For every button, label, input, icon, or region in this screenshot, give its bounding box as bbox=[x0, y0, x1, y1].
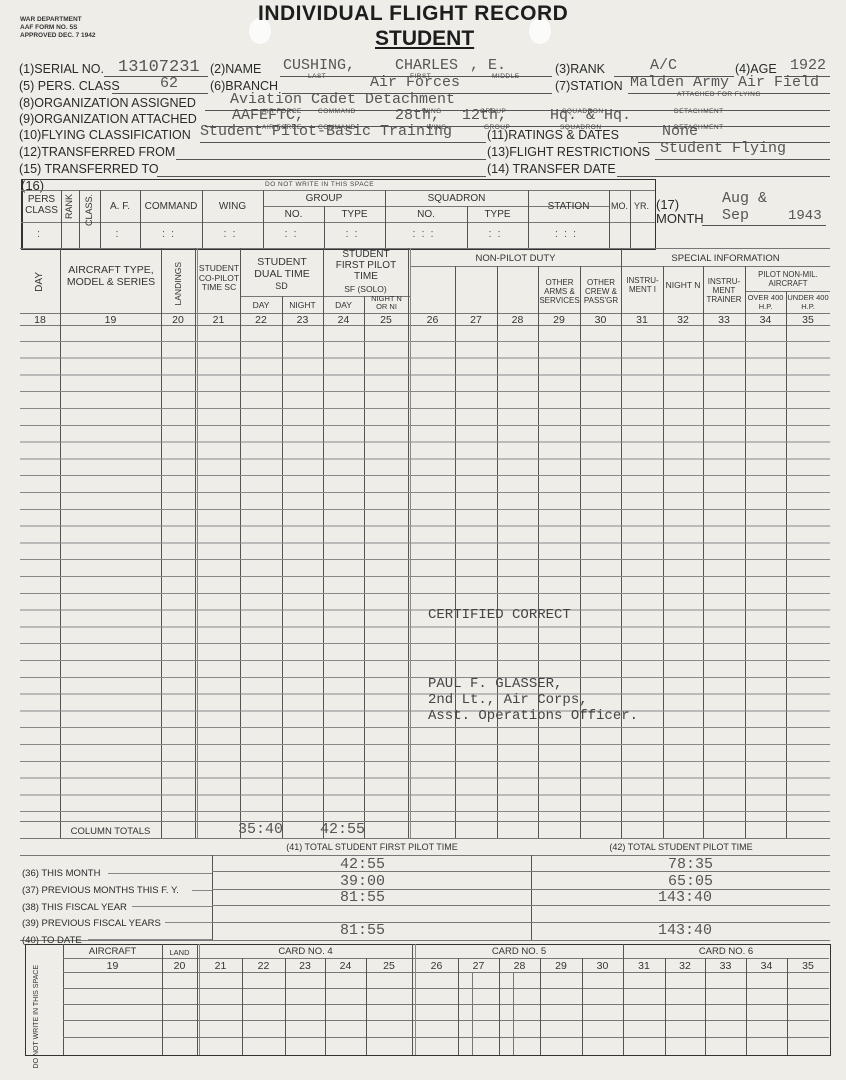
col-squadron: SQUADRON bbox=[385, 193, 528, 204]
cards-land: LAND bbox=[162, 947, 197, 958]
card-col-num: 19 bbox=[63, 960, 162, 972]
hdr-non-pilot: NON-PILOT DUTY bbox=[410, 253, 621, 264]
station-value: Malden Army Air Field bbox=[630, 74, 819, 91]
month-value-2: Sep bbox=[722, 207, 749, 224]
hdr-non-mil: PILOT NON-MIL. AIRCRAFT bbox=[746, 270, 830, 288]
hdr-night: NIGHT N bbox=[663, 280, 703, 290]
fp-to-date: 81:55 bbox=[340, 922, 385, 939]
hdr-solo-night: NIGHT N OR NI bbox=[365, 295, 408, 311]
org-assigned-value: Aviation Cadet Detachment bbox=[230, 91, 455, 108]
flying-class-value: Student Pilot-Basic Training bbox=[200, 123, 452, 140]
fp-prev-months: 39:00 bbox=[340, 873, 385, 890]
card-col-num: 22 bbox=[242, 960, 285, 972]
restrictions-label: (13)FLIGHT RESTRICTIONS bbox=[487, 145, 650, 159]
tp-to-date: 143:40 bbox=[658, 922, 712, 939]
col-command: COMMAND bbox=[140, 201, 202, 212]
sub-detachment: DETACHMENT bbox=[674, 108, 724, 115]
hdr-aircraft: AIRCRAFT TYPE, MODEL & SERIES bbox=[66, 264, 156, 288]
org-assigned-label: (8)ORGANIZATION ASSIGNED bbox=[19, 96, 196, 110]
col-group: GROUP bbox=[263, 193, 385, 204]
ratings-label: (11)RATINGS & DATES bbox=[487, 128, 619, 142]
restrictions-value: Student Flying bbox=[660, 140, 786, 157]
card-no-6: CARD NO. 6 bbox=[623, 946, 829, 957]
certifier-rank: 2nd Lt., Air Corps, bbox=[428, 692, 588, 708]
summary-label: (36) THIS MONTH bbox=[22, 868, 100, 879]
transfer-date-label: (14) TRANSFER DATE bbox=[487, 162, 616, 176]
month-year: 1943 bbox=[788, 208, 822, 224]
column-totals-label: COLUMN TOTALS bbox=[60, 826, 161, 837]
tp-this-fy: 143:40 bbox=[658, 889, 712, 906]
box16-notice: DO NOT WRITE IN THIS SPACE bbox=[265, 181, 374, 188]
hdr-over400: OVER 400 H.P. bbox=[745, 293, 786, 311]
card-col-num: 30 bbox=[582, 960, 623, 972]
card-col-num: 21 bbox=[199, 960, 242, 972]
serial-label: (1)SERIAL NO. bbox=[19, 62, 104, 76]
col-class: CLASS. bbox=[84, 194, 94, 226]
name-sub-middle: MIDDLE bbox=[492, 73, 520, 80]
tp-prev-months: 65:05 bbox=[668, 873, 713, 890]
transferred-from-label: (12)TRANSFERRED FROM bbox=[19, 145, 175, 159]
sub-command: COMMAND bbox=[318, 108, 356, 115]
fp-this-fy: 81:55 bbox=[340, 889, 385, 906]
code-dots: ::: bbox=[528, 228, 609, 240]
col-pers-class: PERS CLASS bbox=[22, 194, 61, 216]
card-col-num: 28 bbox=[499, 960, 540, 972]
hdr-under400: UNDER 400 H.P. bbox=[786, 293, 830, 311]
hdr-dual-sub: SD bbox=[240, 281, 323, 292]
certifier-name: PAUL F. GLASSER, bbox=[428, 676, 562, 692]
org-attached-wing: 28th, bbox=[395, 107, 440, 124]
card-col-num: 23 bbox=[285, 960, 325, 972]
transferred-to-label: (15) TRANSFERRED TO bbox=[19, 162, 159, 176]
hdr-instrument: INSTRU-MENT I bbox=[622, 276, 663, 294]
ratings-value: None bbox=[662, 123, 698, 140]
card-col-num: 31 bbox=[623, 960, 665, 972]
log-rows bbox=[20, 325, 830, 821]
code-dots: :: bbox=[263, 228, 324, 240]
serial-value: 13107231 bbox=[118, 58, 200, 77]
summary-row: (37) PREVIOUS MONTHS THIS F. Y. bbox=[22, 880, 179, 898]
code-dots: ::: bbox=[385, 228, 467, 240]
name-last: CUSHING, bbox=[283, 57, 355, 74]
code-dots: :: bbox=[140, 228, 202, 240]
card-col-num: 25 bbox=[366, 960, 412, 972]
card-col-num: 20 bbox=[162, 960, 197, 972]
station-sub-label: ATTACHED FOR FLYING bbox=[677, 91, 761, 98]
hdr-copilot: STUDENT CO-PILOT TIME SC bbox=[198, 264, 240, 293]
code-dots: :: bbox=[467, 228, 528, 240]
fp-this-month: 42:55 bbox=[340, 856, 385, 873]
hdr-special: SPECIAL INFORMATION bbox=[621, 253, 830, 264]
hdr-other-crew: OTHER CREW & PASS'GR bbox=[581, 278, 621, 305]
hdr-first-pilot: STUDENT FIRST PILOT TIME bbox=[328, 249, 404, 282]
org-attached-af: AAFEFTC, bbox=[232, 107, 304, 124]
certifier-title: Asst. Operations Officer. bbox=[428, 708, 638, 724]
name-sub-last: LAST bbox=[308, 73, 326, 80]
tp-this-month: 78:35 bbox=[668, 856, 713, 873]
cards-aircraft: AIRCRAFT bbox=[63, 946, 162, 957]
card-col-num: 29 bbox=[540, 960, 582, 972]
card-col-num: 24 bbox=[325, 960, 366, 972]
name-first: CHARLES bbox=[395, 57, 458, 74]
hdr-instr-trainer: INSTRU-MENT TRAINER bbox=[703, 277, 745, 304]
pers-class-label: (5) PERS. CLASS bbox=[19, 79, 120, 93]
card-no-4: CARD NO. 4 bbox=[199, 946, 412, 957]
name-middle: , E. bbox=[470, 57, 506, 74]
card-col-num: 35 bbox=[787, 960, 829, 972]
summary-label: (39) PREVIOUS FISCAL YEARS bbox=[22, 918, 161, 929]
col-squadron-no: NO. bbox=[385, 209, 467, 220]
pers-class-value: 62 bbox=[160, 75, 178, 92]
column-total-solo-day: 42:55 bbox=[320, 821, 365, 838]
month-value-1: Aug & bbox=[722, 190, 767, 207]
code-dots: :: bbox=[202, 228, 263, 240]
summary-41-title: (41) TOTAL STUDENT FIRST PILOT TIME bbox=[212, 842, 532, 853]
hdr-solo-day: DAY bbox=[323, 300, 364, 311]
hdr-landings: LANDINGS bbox=[173, 262, 183, 305]
col-station: STATION bbox=[528, 201, 609, 212]
column-total-dual-day: 35:40 bbox=[238, 821, 283, 838]
summary-42-title: (42) TOTAL STUDENT PILOT TIME bbox=[532, 842, 830, 853]
hdr-dual: STUDENT DUAL TIME bbox=[245, 256, 319, 280]
code-dots: : bbox=[22, 228, 61, 240]
col-af: A. F. bbox=[100, 201, 140, 212]
hdr-other-arms: OTHER ARMS & SERVICES bbox=[539, 278, 580, 305]
age-value: 1922 bbox=[790, 57, 826, 74]
col-wing: WING bbox=[202, 201, 263, 212]
hdr-day: DAY bbox=[34, 272, 45, 292]
cards-side-label: DO NOT WRITE IN THIS SPACE bbox=[32, 965, 54, 1068]
card-col-num: 27 bbox=[458, 960, 499, 972]
col-group-no: NO. bbox=[263, 209, 324, 220]
col-yr: YR. bbox=[630, 201, 653, 212]
page-title: INDIVIDUAL FLIGHT RECORD bbox=[258, 2, 568, 26]
rank-value: A/C bbox=[650, 57, 677, 74]
summary-label: (37) PREVIOUS MONTHS THIS F. Y. bbox=[22, 885, 179, 896]
card-col-num: 32 bbox=[665, 960, 705, 972]
code-dots: : bbox=[100, 228, 140, 240]
org-attached-label: (9)ORGANIZATION ATTACHED bbox=[19, 112, 197, 126]
card-col-num: 34 bbox=[746, 960, 787, 972]
flying-class-label: (10)FLYING CLASSIFICATION bbox=[19, 128, 191, 142]
org-attached-squadron: Hq. & Hq. bbox=[550, 107, 631, 124]
month-label-num: (17) bbox=[656, 197, 679, 212]
page-subtitle: STUDENT bbox=[375, 27, 474, 51]
card-col-num: 26 bbox=[415, 960, 458, 972]
summary-label: (38) THIS FISCAL YEAR bbox=[22, 902, 127, 913]
form-number: AAF FORM NO. 5S bbox=[20, 24, 96, 32]
form-header-block: WAR DEPARTMENT AAF FORM NO. 5S APPROVED … bbox=[20, 16, 96, 40]
station-label: (7)STATION bbox=[555, 79, 623, 93]
code-dots: :: bbox=[324, 228, 385, 240]
col-squadron-type: TYPE bbox=[467, 209, 528, 220]
department-label: WAR DEPARTMENT bbox=[20, 16, 96, 24]
card-col-num: 33 bbox=[705, 960, 746, 972]
hdr-dual-night: NIGHT bbox=[282, 300, 323, 311]
card-no-5: CARD NO. 5 bbox=[415, 946, 623, 957]
month-label: MONTH bbox=[656, 211, 704, 226]
col-group-type: TYPE bbox=[324, 209, 385, 220]
branch-value: Air Forces bbox=[370, 74, 460, 91]
org-attached-group: 12th, bbox=[462, 107, 507, 124]
col-mo: MO. bbox=[609, 201, 630, 212]
certified-text: CERTIFIED CORRECT bbox=[428, 607, 571, 623]
summary-row: (36) THIS MONTH bbox=[22, 863, 100, 881]
name-label: (2)NAME bbox=[210, 62, 261, 76]
approval-date: APPROVED DEC. 7 1942 bbox=[20, 32, 96, 40]
rank-label: (3)RANK bbox=[555, 62, 605, 76]
summary-row: (39) PREVIOUS FISCAL YEARS bbox=[22, 913, 161, 931]
col-rank: RANK bbox=[64, 194, 74, 219]
hdr-dual-day: DAY bbox=[240, 300, 282, 311]
